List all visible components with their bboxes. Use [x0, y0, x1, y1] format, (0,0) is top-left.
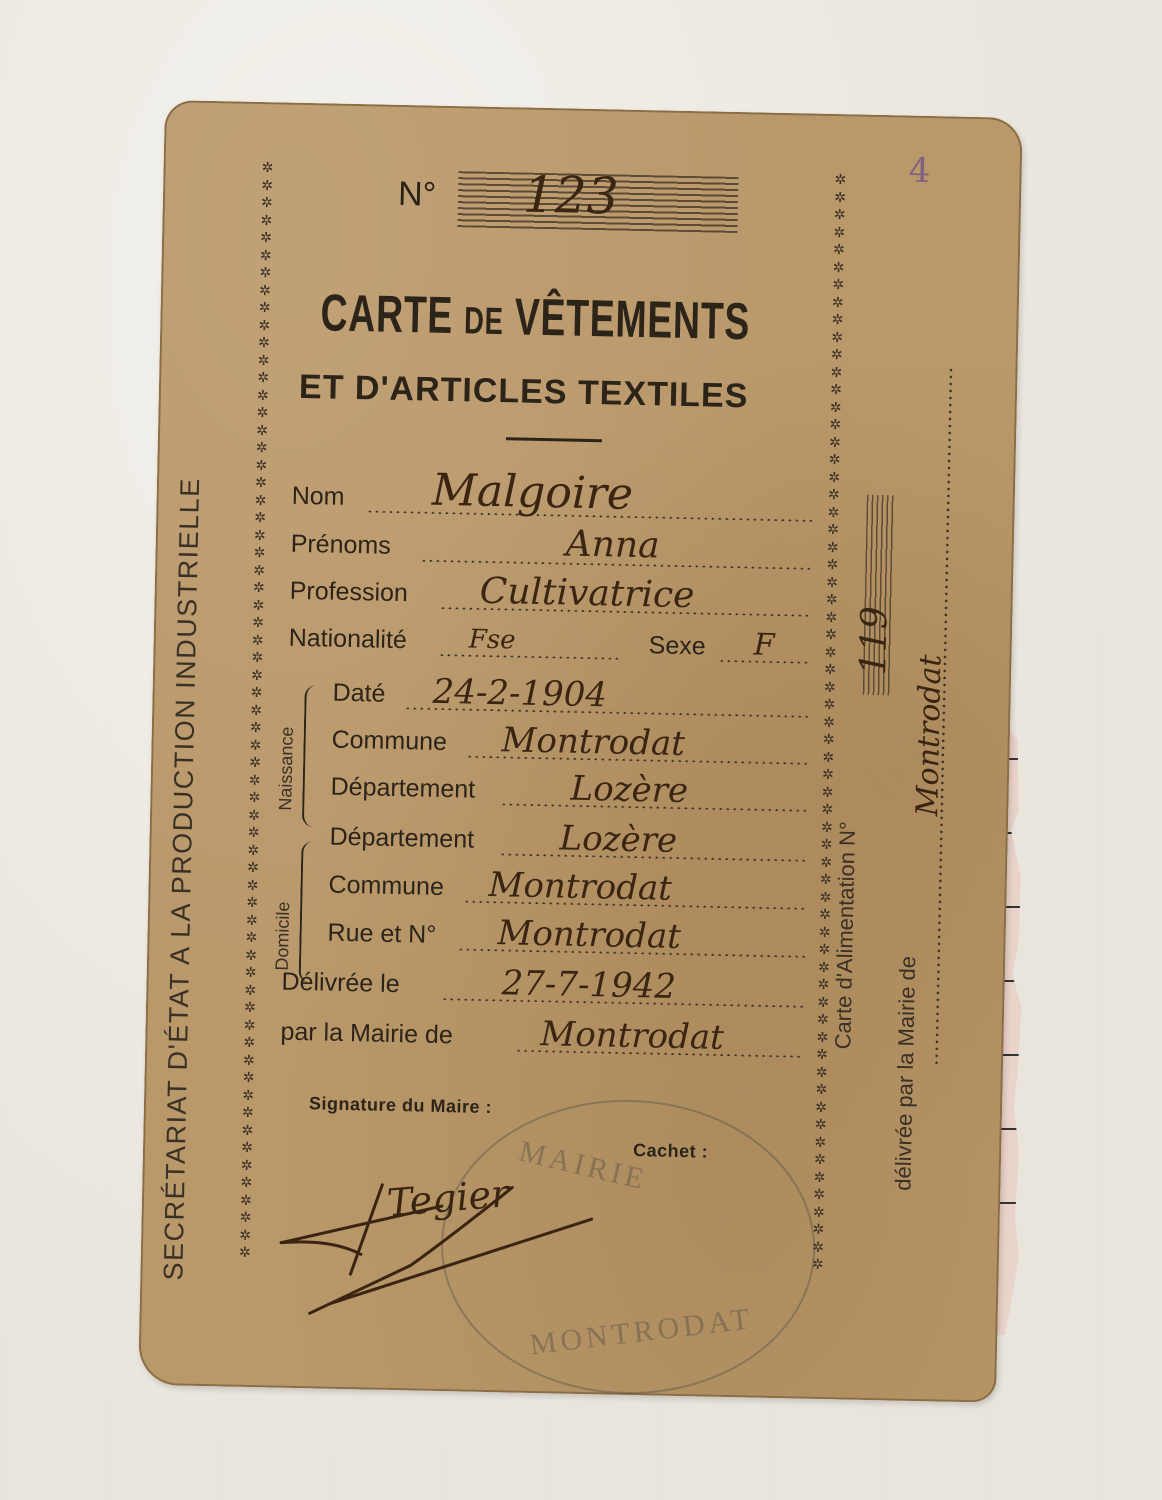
field-value: Malgoire	[431, 465, 633, 520]
field-domicile-commune: Commune Montrodat	[328, 864, 807, 916]
card-title: CARTE DE VÊTEMENTS	[320, 283, 751, 352]
field-nationalite: Nationalité Fse Sexe F	[288, 617, 812, 670]
field-label: Nom	[291, 482, 344, 512]
field-naissance-commune: Commune Montrodat	[331, 719, 810, 771]
field-value: Montrodat	[501, 720, 685, 764]
field-label: Profession	[289, 577, 408, 608]
field-naissance-departement: Département Lozère	[330, 766, 809, 818]
field-nom: Nom Malgoire	[291, 475, 815, 528]
field-value: 27-7-1942	[501, 963, 676, 1007]
field-value: Lozère	[570, 769, 688, 811]
field-label: Département	[329, 823, 474, 855]
field-value: Anna	[565, 523, 660, 566]
field-label: Daté	[332, 679, 385, 709]
field-value: Montrodat	[497, 913, 681, 957]
left-decorative-border: ✲✲✲✲✲✲✲✲✲✲✲✲✲✲✲✲✲✲✲✲✲✲✲✲✲✲✲✲✲✲✲✲✲✲✲✲✲✲✲✲…	[235, 160, 276, 1280]
field-delivree-le: Délivrée le 27-7-1942	[281, 961, 805, 1014]
field-label: Commune	[328, 871, 444, 902]
field-value-sexe: F	[753, 627, 775, 662]
field-label: Département	[330, 773, 475, 805]
field-par-la-mairie: par la Mairie de Montrodat	[280, 1011, 804, 1064]
field-label: Rue et N°	[327, 919, 436, 950]
field-naissance-date: Daté 24-2-1904	[332, 672, 811, 724]
clothing-ration-card: ✲✲✲✲✲✲✲✲✲✲✲✲✲✲✲✲✲✲✲✲✲✲✲✲✲✲✲✲✲✲✲✲✲✲✲✲✲✲✲✲…	[138, 100, 1023, 1403]
field-label: Commune	[331, 726, 447, 757]
field-label: Nationalité	[288, 624, 407, 655]
alimentation-card-label: Carte d'Alimentation N°	[830, 821, 861, 1050]
field-value: Montrodat	[540, 1014, 724, 1058]
title-word: CARTE	[320, 284, 454, 345]
right-decorative-border: ✲✲✲✲✲✲✲✲✲✲✲✲✲✲✲✲✲✲✲✲✲✲✲✲✲✲✲✲✲✲✲✲✲✲✲✲✲✲✲✲…	[808, 172, 849, 1292]
brace	[302, 685, 319, 827]
signature-label: Signature du Maire :	[309, 1093, 492, 1118]
field-label: Prénoms	[290, 530, 391, 561]
field-label: Délivrée le	[281, 968, 400, 999]
title-word: DE	[464, 300, 504, 343]
group-label-naissance: Naissance	[275, 726, 298, 810]
field-domicile-departement: Département Lozère	[329, 816, 808, 868]
alimentation-number-value: 119	[853, 606, 895, 676]
title-word: VÊTEMENTS	[514, 288, 750, 351]
dotted-line	[438, 654, 621, 660]
field-value: 24-2-1904	[432, 672, 607, 716]
ministry-vertical-text: SECRÉTARIAT D'ÉTAT A LA PRODUCTION INDUS…	[158, 477, 206, 1281]
field-value: Fse	[468, 624, 515, 655]
card-number-value: 123	[522, 166, 619, 226]
card-subtitle: ET D'ARTICLES TEXTILES	[299, 368, 749, 416]
field-profession: Profession Cultivatrice	[289, 570, 813, 623]
field-prenoms: Prénoms Anna	[290, 523, 814, 576]
mayor-signature-flourish	[269, 1142, 633, 1339]
field-value: Lozère	[559, 818, 677, 860]
field-value: Montrodat	[488, 865, 672, 909]
number-label: N°	[398, 175, 437, 215]
field-domicile-rue: Rue et N° Montrodat	[327, 912, 806, 964]
purple-ink-mark: 4	[908, 151, 930, 191]
field-label: par la Mairie de	[280, 1018, 453, 1051]
title-rule	[506, 437, 602, 442]
field-value: Cultivatrice	[479, 571, 694, 616]
field-label-sexe: Sexe	[648, 631, 706, 661]
delivree-par-label: délivrée par la Mairie de	[890, 956, 921, 1191]
